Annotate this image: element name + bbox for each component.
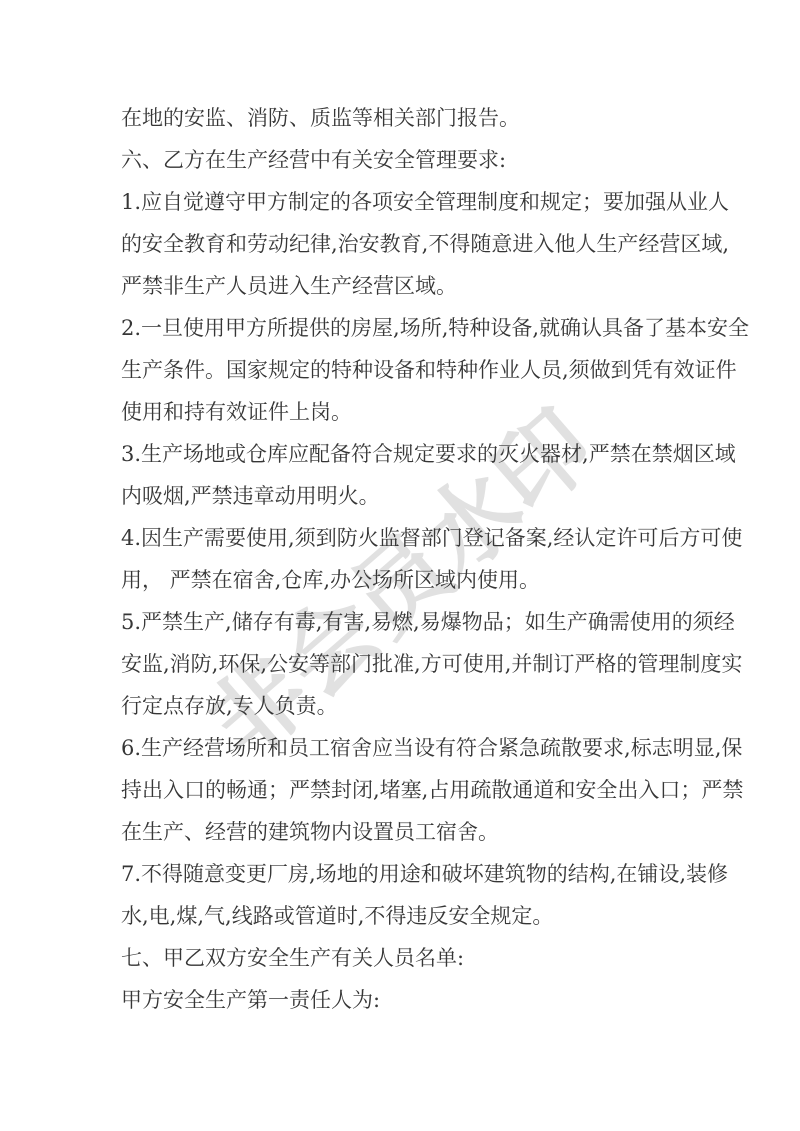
paragraph: 2.一旦使用甲方所提供的房屋,场所,特种设备,就确认具备了基本安全生产条件。国家… <box>121 307 687 433</box>
paragraph: 1.应自觉遵守甲方制定的各项安全管理制度和规定；要加强从业人的安全教育和劳动纪律… <box>121 181 687 307</box>
text-line: 1.应自觉遵守甲方制定的各项安全管理制度和规定；要加强从业人 <box>121 181 687 223</box>
text-line: 在生产、经营的建筑物内设置员工宿舍。 <box>121 811 687 853</box>
text-line: 持出入口的畅通；严禁封闭,堵塞,占用疏散通道和安全出入口；严禁 <box>121 769 687 811</box>
text-line: 甲方安全生产第一责任人为: <box>121 979 687 1021</box>
text-line: 七、甲乙双方安全生产有关人员名单: <box>121 937 687 979</box>
paragraph: 七、甲乙双方安全生产有关人员名单: <box>121 937 687 979</box>
text-line: 内吸烟,严禁违章动用明火。 <box>121 475 687 517</box>
paragraph: 六、乙方在生产经营中有关安全管理要求: <box>121 139 687 181</box>
text-line: 4.因生产需要使用,须到防火监督部门登记备案,经认定许可后方可使 <box>121 517 687 559</box>
text-line: 水,电,煤,气,线路或管道时,不得违反安全规定。 <box>121 895 687 937</box>
paragraph: 在地的安监、消防、质监等相关部门报告。 <box>121 97 687 139</box>
text-line: 生产条件。国家规定的特种设备和特种作业人员,须做到凭有效证件 <box>121 349 687 391</box>
paragraph: 甲方安全生产第一责任人为: <box>121 979 687 1021</box>
text-line: 6.生产经营场所和员工宿舍应当设有符合紧急疏散要求,标志明显,保 <box>121 727 687 769</box>
paragraph: 3.生产场地或仓库应配备符合规定要求的灭火器材,严禁在禁烟区域内吸烟,严禁违章动… <box>121 433 687 517</box>
text-line: 5.严禁生产,储存有毒,有害,易燃,易爆物品；如生产确需使用的须经 <box>121 601 687 643</box>
text-line: 的安全教育和劳动纪律,治安教育,不得随意进入他人生产经营区域, <box>121 223 687 265</box>
text-line: 行定点存放,专人负责。 <box>121 685 687 727</box>
text-line: 安监,消防,环保,公安等部门批准,方可使用,并制订严格的管理制度实 <box>121 643 687 685</box>
document-page: 非会员水印 在地的安监、消防、质监等相关部门报告。六、乙方在生产经营中有关安全管… <box>0 0 800 1131</box>
text-line: 用， 严禁在宿舍,仓库,办公场所区域内使用。 <box>121 559 687 601</box>
document-body: 在地的安监、消防、质监等相关部门报告。六、乙方在生产经营中有关安全管理要求:1.… <box>121 97 687 1021</box>
paragraph: 6.生产经营场所和员工宿舍应当设有符合紧急疏散要求,标志明显,保持出入口的畅通；… <box>121 727 687 853</box>
text-line: 在地的安监、消防、质监等相关部门报告。 <box>121 97 687 139</box>
paragraph: 4.因生产需要使用,须到防火监督部门登记备案,经认定许可后方可使用， 严禁在宿舍… <box>121 517 687 601</box>
text-line: 3.生产场地或仓库应配备符合规定要求的灭火器材,严禁在禁烟区域 <box>121 433 687 475</box>
text-line: 7.不得随意变更厂房,场地的用途和破坏建筑物的结构,在铺设,装修 <box>121 853 687 895</box>
text-line: 六、乙方在生产经营中有关安全管理要求: <box>121 139 687 181</box>
text-line: 严禁非生产人员进入生产经营区域。 <box>121 265 687 307</box>
text-line: 2.一旦使用甲方所提供的房屋,场所,特种设备,就确认具备了基本安全 <box>121 307 687 349</box>
paragraph: 7.不得随意变更厂房,场地的用途和破坏建筑物的结构,在铺设,装修水,电,煤,气,… <box>121 853 687 937</box>
text-line: 使用和持有效证件上岗。 <box>121 391 687 433</box>
paragraph: 5.严禁生产,储存有毒,有害,易燃,易爆物品；如生产确需使用的须经安监,消防,环… <box>121 601 687 727</box>
